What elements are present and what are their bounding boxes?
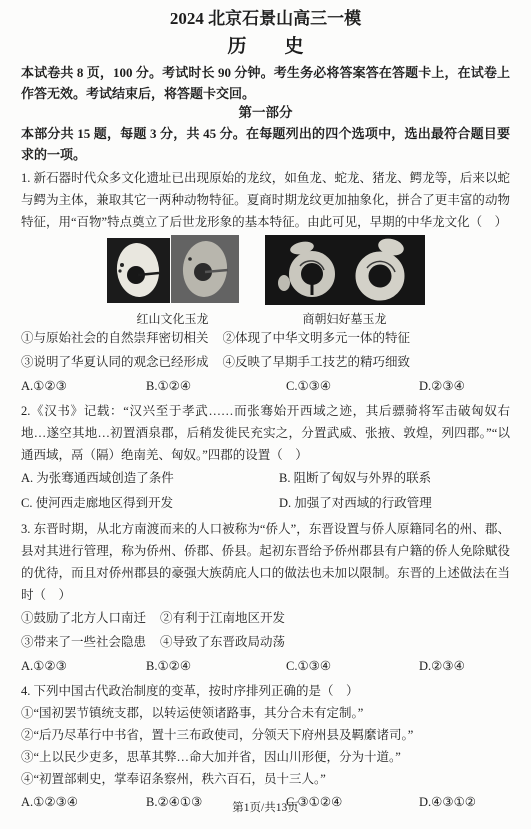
statement: ①与原始社会的自然崇拜密切相关 [21, 326, 209, 350]
exam-title: 2024 北京石景山高三一模 [21, 8, 510, 30]
question-4-statement-4: ④“初置部刺史，掌奉诏条察州，秩六百石，员十三人。” [21, 768, 510, 790]
statement: ②有利于江南地区开发 [160, 606, 285, 630]
question-3-stem: 3. 东晋时期，从北方南渡而来的人口被称为“侨人”，东晋设置与侨人原籍同名的州、… [21, 518, 510, 606]
section-title: 第一部分 [21, 104, 510, 121]
figure-hongshan-jade-dragon: 红山文化玉龙 [107, 235, 239, 326]
option-c: C.①③④ [286, 374, 419, 398]
question-4-statement-2: ②“后乃尽革行中书省，置十三布政使司，分领天下府州县及羁縻诸司。” [21, 724, 510, 746]
question-2-stem: 2.《汉书》记载：“汉兴至于孝武……而张骞始开西域之迹，其后骠骑将军击破匈奴右地… [21, 400, 510, 466]
question-1-options: A.①②③ B.①②④ C.①③④ D.②③④ [21, 374, 510, 398]
option-a: A. 为张骞通西域创造了条件 [21, 466, 279, 491]
statement: ①鼓励了北方人口南迁 [21, 606, 146, 630]
exam-paper-page: 2024 北京石景山高三一模 历 史 本试卷共 8 页，100 分。考试时长 9… [0, 0, 531, 829]
option-d: D.②③④ [419, 654, 510, 678]
option-d: D. 加强了对西域的行政管理 [279, 491, 510, 516]
figure-fuhao-jade-dragon: 商朝妇好墓玉龙 [265, 235, 425, 326]
question-4-statement-1: ①“国初罢节镇统支郡，以转运使领诸路事，其分合未有定制。” [21, 702, 510, 724]
statement: ③说明了华夏认同的观念已经形成 [21, 350, 209, 374]
question-1-stem: 1. 新石器时代众多文化遗址已出现原始的龙纹，如鱼龙、蛇龙、猪龙、鳄龙等，后来以… [21, 167, 510, 233]
option-c: C.①③④ [286, 654, 419, 678]
option-c: C. 使河西走廊地区得到开发 [21, 491, 279, 516]
question-2-options-row-2: C. 使河西走廊地区得到开发 D. 加强了对西域的行政管理 [21, 491, 510, 516]
question-1-statements-row-1: ①与原始社会的自然崇拜密切相关 ②体现了中华文明多元一体的特征 [21, 326, 510, 350]
option-b: B.①②④ [146, 374, 286, 398]
question-3-statements-row-1: ①鼓励了北方人口南迁 ②有利于江南地区开发 [21, 606, 510, 630]
figure-fuhao-caption: 商朝妇好墓玉龙 [265, 312, 425, 326]
exam-notice: 本试卷共 8 页，100 分。考试时长 90 分钟。考生务必将答案答在答题卡上，… [21, 62, 510, 104]
question-4-statement-3: ③“上以民少吏多，思革其弊…命大加并省，因山川形便，分为十道。” [21, 746, 510, 768]
statement: ③带来了一些社会隐患 [21, 630, 146, 654]
page-number-indicator: 第1页/共13页 [0, 799, 531, 815]
question-3-options: A.①②③ B.①②④ C.①③④ D.②③④ [21, 654, 510, 678]
question-1-statements-row-2: ③说明了华夏认同的观念已经形成 ④反映了早期手工技艺的精巧细致 [21, 350, 510, 374]
section-description: 本部分共 15 题，每题 3 分，共 45 分。在每题列出的四个选项中，选出最符… [21, 123, 510, 165]
question-3-statements-row-2: ③带来了一些社会隐患 ④导致了东晋政局动荡 [21, 630, 510, 654]
option-a: A.①②③ [21, 374, 146, 398]
option-b: B. 阻断了匈奴与外界的联系 [279, 466, 510, 491]
question-2-options-row-1: A. 为张骞通西域创造了条件 B. 阻断了匈奴与外界的联系 [21, 466, 510, 491]
statement: ④反映了早期手工技艺的精巧细致 [223, 350, 411, 374]
question-1-figures: 红山文化玉龙 商朝妇好墓玉龙 [21, 235, 510, 326]
figure-hongshan-caption: 红山文化玉龙 [107, 312, 239, 326]
option-b: B.①②④ [146, 654, 286, 678]
hongshan-jade-dragon-photo [107, 235, 239, 305]
statement: ②体现了中华文明多元一体的特征 [223, 326, 411, 350]
option-d: D.②③④ [419, 374, 510, 398]
statement: ④导致了东晋政局动荡 [160, 630, 285, 654]
question-4-stem: 4. 下列中国古代政治制度的变革，按时序排列正确的是（ ） [21, 680, 510, 702]
fuhao-jade-dragon-photo [265, 235, 425, 305]
exam-subject: 历 史 [21, 34, 510, 60]
option-a: A.①②③ [21, 654, 146, 678]
